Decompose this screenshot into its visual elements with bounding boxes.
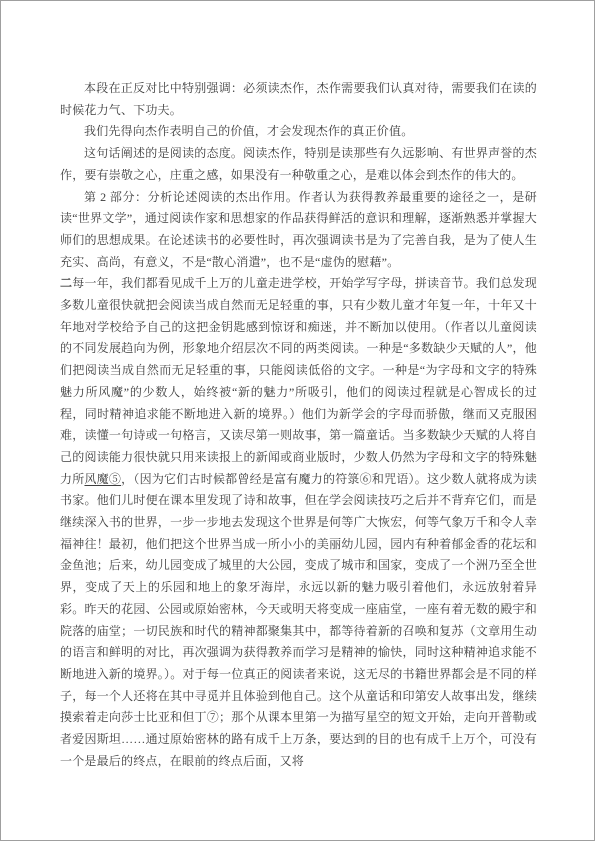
paragraph: 我们先得向杰作表明自己的价值，才会发现杰作的真正价值。 [60,121,537,143]
text-run: 本段在正反对比中特别强调：必须读杰作，杰作需要我们认真对待，需要我们在读的时候花… [60,81,537,117]
paragraph: 第 2 部分：分析论述阅读的杰出作用。作者认为获得教养最重要的途径之一，是研读“… [60,187,537,274]
section-number: 二 [60,276,72,290]
text-run: 这句话阐述的是阅读的态度。阅读杰作，特别是读那些有久远影响、有世界声誉的杰作，要… [60,146,537,182]
paragraph: 这句话阐述的是阅读的态度。阅读杰作，特别是读那些有久远影响、有世界声誉的杰作，要… [60,143,537,186]
underlined-term: 风魔⑤ [84,472,121,486]
text-run: ，（因为它们古时候都曾经是富有魔力的符箓⑥和咒语）。这少数人就将成为读书家。他们… [60,472,537,768]
text-run: 第 2 部分：分析论述阅读的杰出作用。作者认为获得教养最重要的途径之一，是研读“… [60,190,537,269]
paragraph: 二每一年，我们都看见成千上万的儿童走进学校，开始学写字母，拼读音节。我们总发现多… [60,273,537,772]
text-run: 每一年，我们都看见成千上万的儿童走进学校，开始学写字母，拼读音节。我们总发现多数… [60,276,537,485]
text-run: 我们先得向杰作表明自己的价值，才会发现杰作的真正价值。 [84,124,413,138]
document-page: 本段在正反对比中特别强调：必须读杰作，杰作需要我们认真对待，需要我们在读的时候花… [0,0,595,841]
paragraph: 本段在正反对比中特别强调：必须读杰作，杰作需要我们认真对待，需要我们在读的时候花… [60,78,537,121]
text-body: 本段在正反对比中特别强调：必须读杰作，杰作需要我们认真对待，需要我们在读的时候花… [60,78,537,773]
